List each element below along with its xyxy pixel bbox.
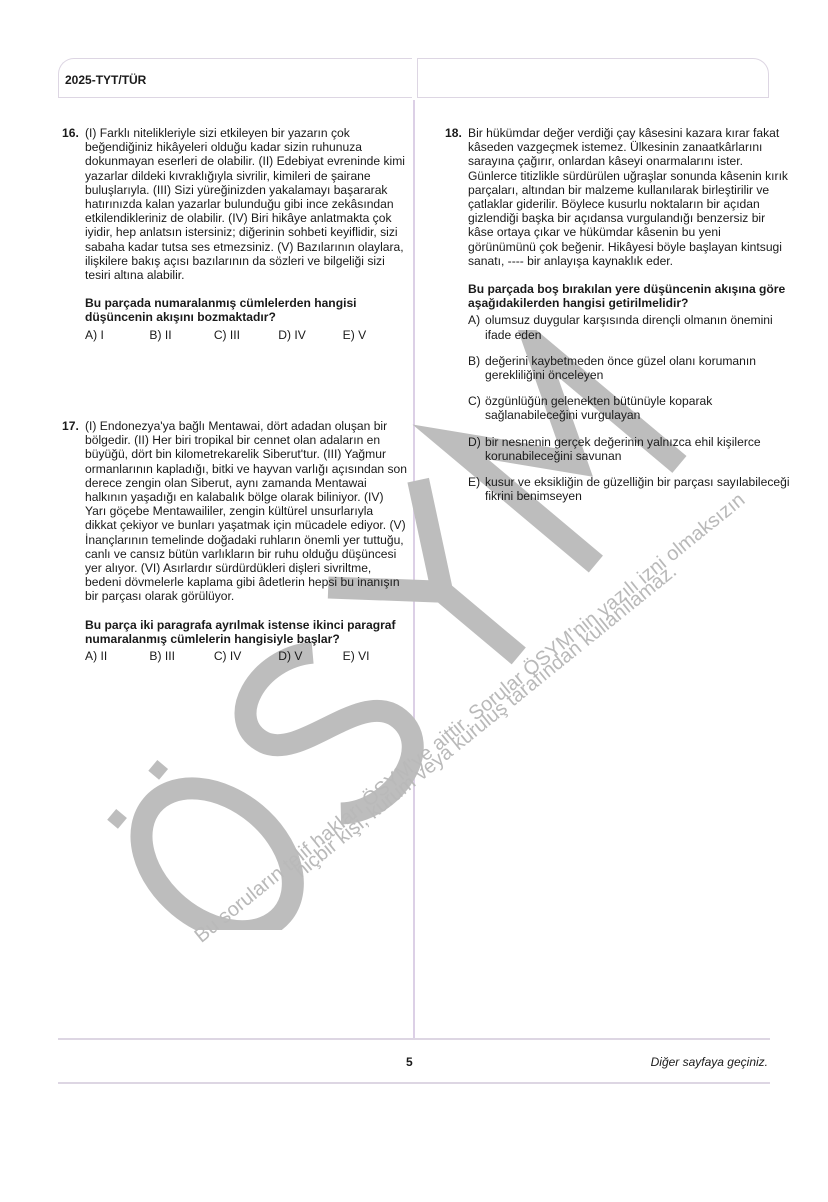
page-number: 5 <box>406 1055 413 1069</box>
option-text: kusur ve eksikliğin de güzelliğin bir pa… <box>485 475 790 503</box>
question-18: 18. Bir hükümdar değer verdiği çay kâses… <box>445 126 790 515</box>
option-e[interactable]: E) kusur ve eksikliğin de güzelliğin bir… <box>468 475 790 503</box>
option-b[interactable]: B) değerini kaybetmeden önce güzel olanı… <box>468 354 790 382</box>
option-text: değerini kaybetmeden önce güzel olanı ko… <box>485 354 790 382</box>
option-text: özgünlüğün gelenekten bütünüyle koparak … <box>485 394 790 422</box>
option-c[interactable]: C) özgünlüğün gelenekten bütünüyle kopar… <box>468 394 790 422</box>
option-text: olumsuz duygular karşısında dirençli olm… <box>485 313 790 341</box>
exam-title: 2025-TYT/TÜR <box>65 73 146 87</box>
option-b[interactable]: B) III <box>149 649 213 663</box>
footer-top-rule <box>58 1038 770 1040</box>
answer-options: A) I B) II C) III D) IV E) V <box>85 328 407 342</box>
option-e[interactable]: E) VI <box>343 649 407 663</box>
question-passage: (I) Endonezya'ya bağlı Mentawai, dört ad… <box>85 419 407 604</box>
option-letter: A) <box>468 313 485 341</box>
question-16: 16. (I) Farklı nitelikleriyle sizi etkil… <box>62 126 407 342</box>
answer-options: A) II B) III C) IV D) V E) VI <box>85 649 407 663</box>
option-b[interactable]: B) II <box>149 328 213 342</box>
option-letter: C) <box>468 394 485 422</box>
option-c[interactable]: C) III <box>214 328 278 342</box>
question-number: 18. <box>445 126 462 140</box>
question-stem: Bu parçada boş bırakılan yere düşüncenin… <box>468 282 790 310</box>
footer-bottom-rule <box>58 1082 770 1084</box>
option-d[interactable]: D) V <box>278 649 342 663</box>
answer-options: A) olumsuz duygular karşısında dirençli … <box>468 313 790 503</box>
header-left-box: 2025-TYT/TÜR <box>58 58 412 98</box>
question-17: 17. (I) Endonezya'ya bağlı Mentawai, dör… <box>62 419 407 663</box>
next-page-note: Diğer sayfaya geçiniz. <box>651 1055 768 1069</box>
question-passage: (I) Farklı nitelikleriyle sizi etkileyen… <box>85 126 407 282</box>
option-a[interactable]: A) I <box>85 328 149 342</box>
option-a[interactable]: A) olumsuz duygular karşısında dirençli … <box>468 313 790 341</box>
option-letter: D) <box>468 435 485 463</box>
header-right-box <box>417 58 769 98</box>
option-text: bir nesnenin gerçek değerinin yalnızca e… <box>485 435 790 463</box>
question-number: 16. <box>62 126 79 140</box>
option-a[interactable]: A) II <box>85 649 149 663</box>
question-number: 17. <box>62 419 79 433</box>
option-c[interactable]: C) IV <box>214 649 278 663</box>
option-d[interactable]: D) IV <box>278 328 342 342</box>
column-divider <box>413 100 415 1038</box>
question-stem: Bu parça iki paragrafa ayrılmak istense … <box>85 618 407 646</box>
option-d[interactable]: D) bir nesnenin gerçek değerinin yalnızc… <box>468 435 790 463</box>
option-letter: E) <box>468 475 485 503</box>
option-letter: B) <box>468 354 485 382</box>
option-e[interactable]: E) V <box>343 328 407 342</box>
question-passage: Bir hükümdar değer verdiği çay kâsesini … <box>468 126 790 268</box>
question-stem: Bu parçada numaralanmış cümlelerden hang… <box>85 296 407 324</box>
